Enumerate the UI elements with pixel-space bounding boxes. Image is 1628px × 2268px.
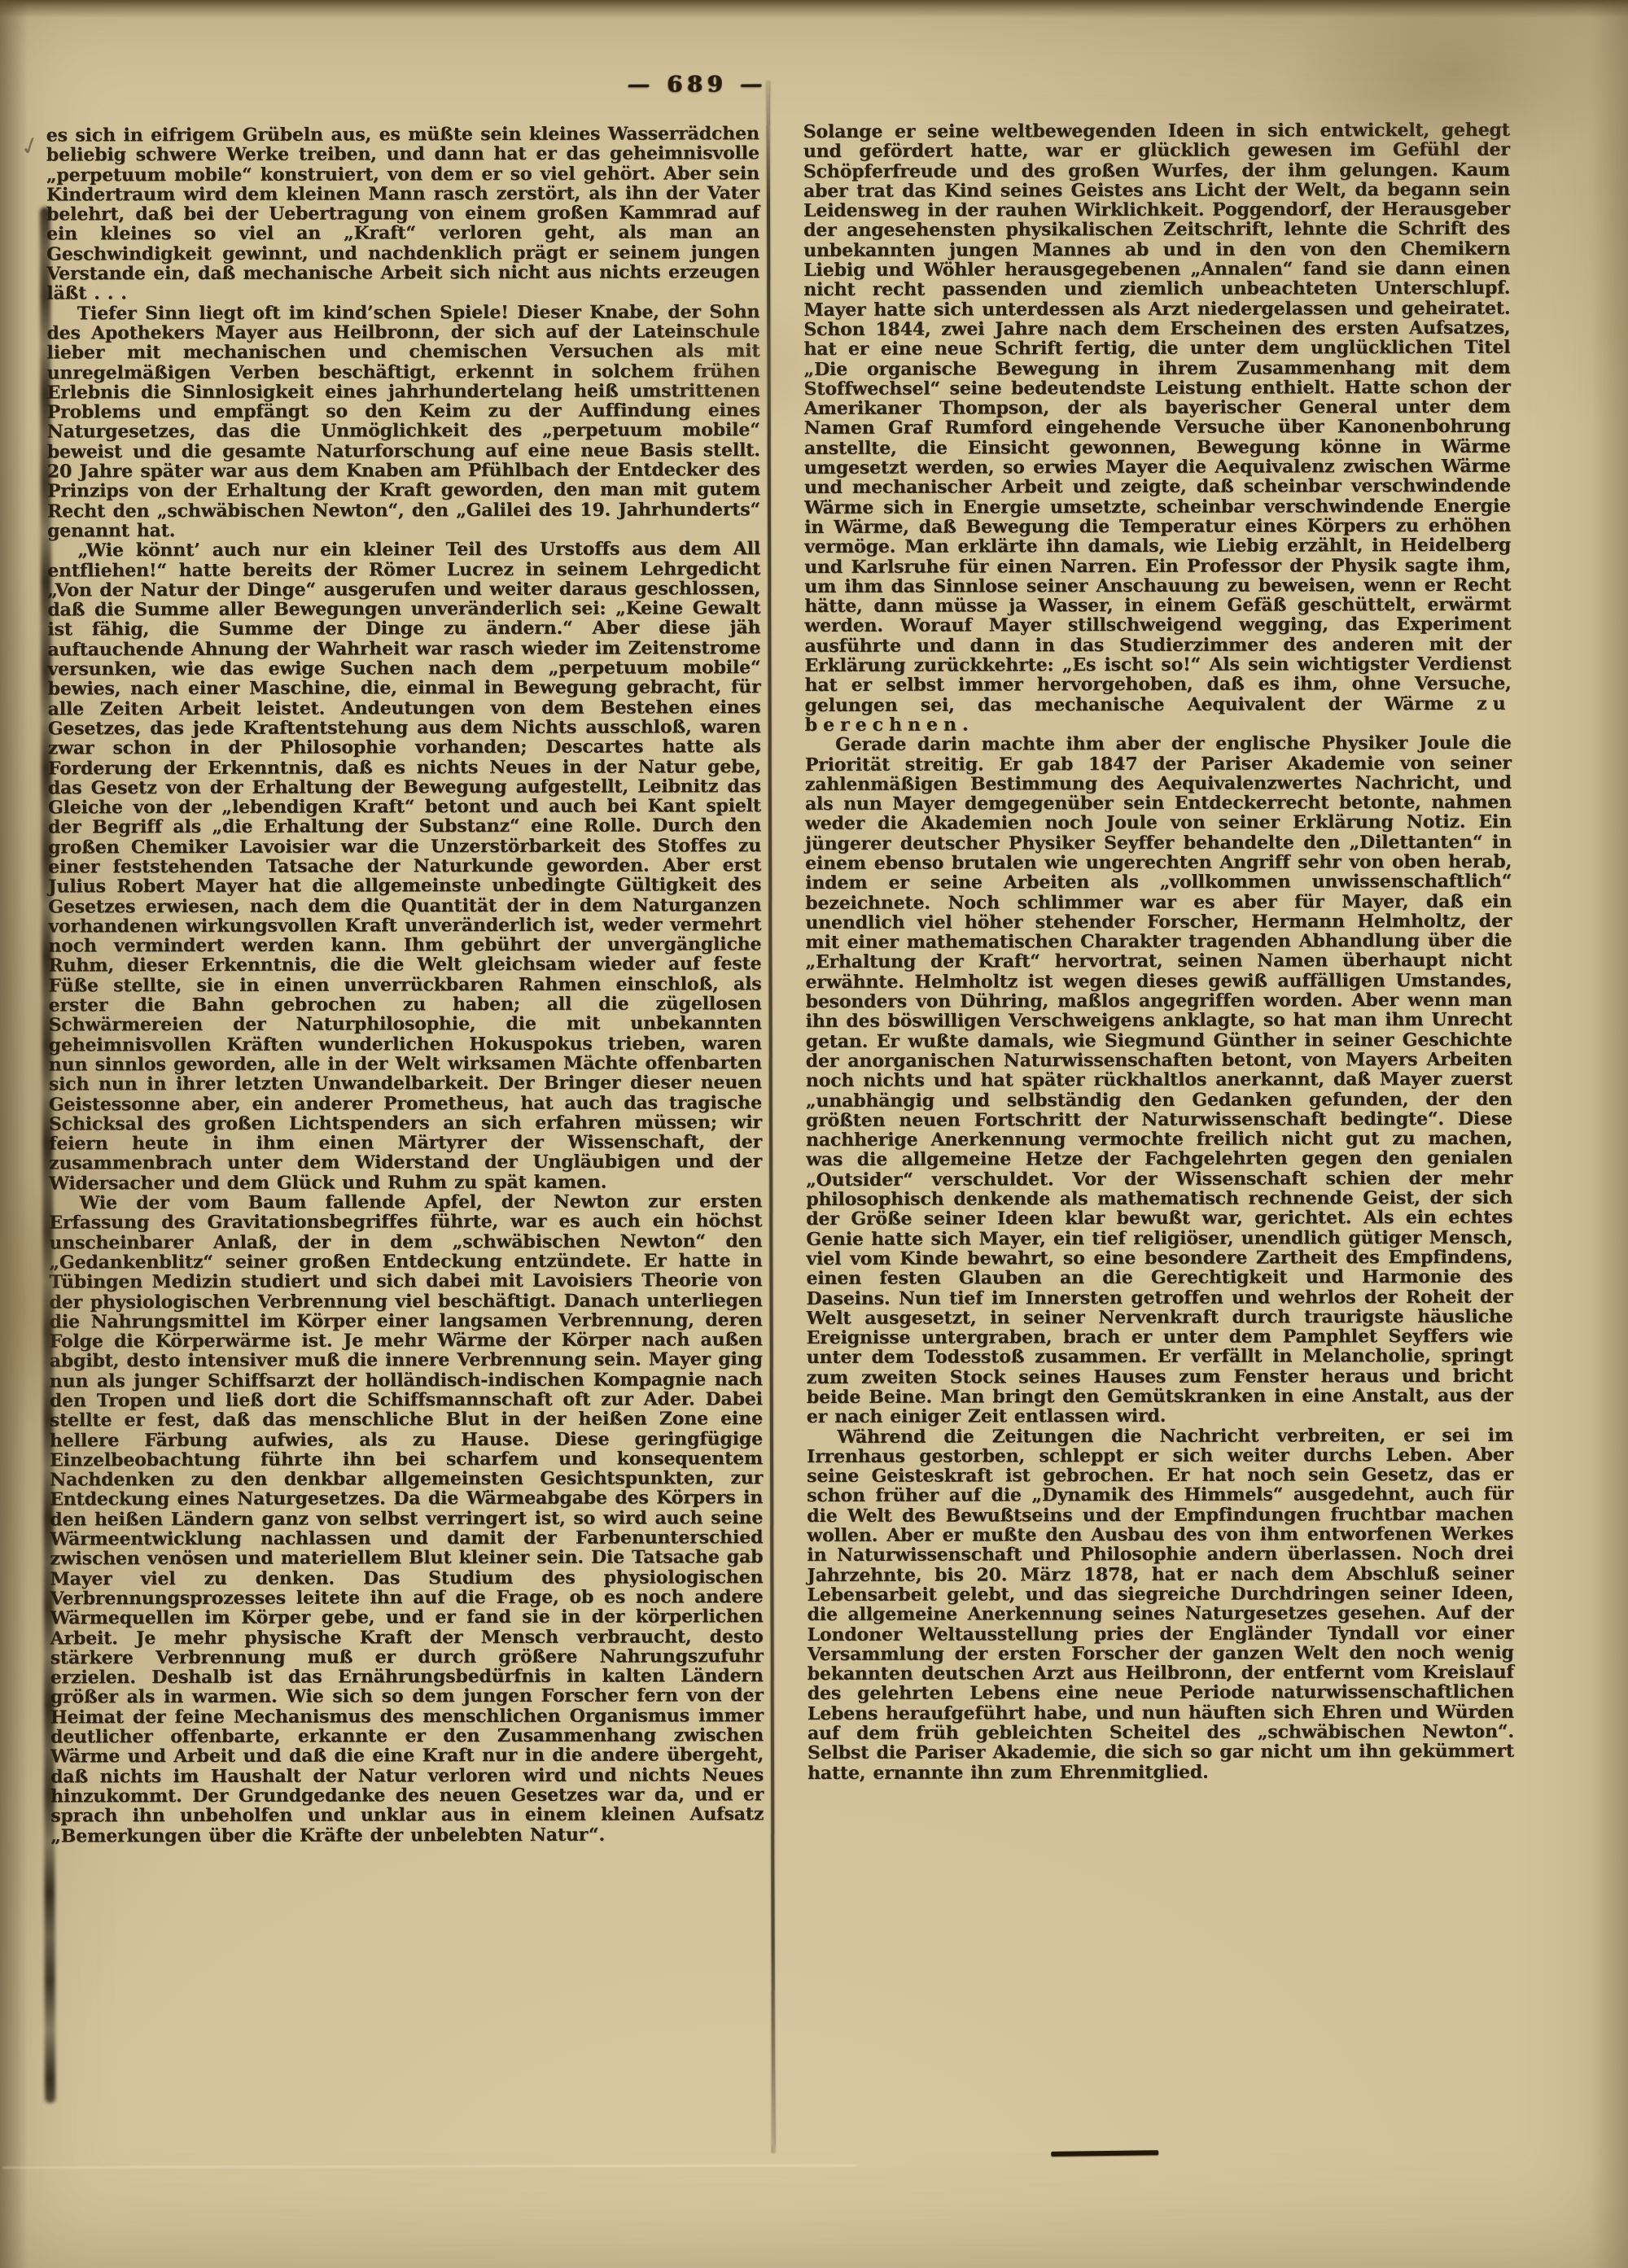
page-number: — 689 —	[567, 72, 828, 98]
paragraph: Wie der vom Baum fallende Apfel, der New…	[49, 1191, 764, 1846]
paragraph: Während die Zeitungen die Nachricht verb…	[807, 1425, 1514, 1783]
paragraph: Tiefer Sinn liegt oft im kind’schen Spie…	[46, 302, 760, 541]
right-column: Solange er seine weltbewegenden Ideen in…	[803, 120, 1514, 1783]
pencil-mark: ✓	[16, 129, 45, 163]
paragraph: Solange er seine weltbewegenden Ideen in…	[803, 120, 1512, 735]
paragraph: Gerade darin machte ihm aber der englisc…	[805, 733, 1513, 1427]
scanned-page: { "page": { "header": { "display": "— 68…	[0, 0, 1628, 2268]
article-end-rule	[1051, 2150, 1158, 2157]
paragraph: „Wie könnt’ auch nur ein kleiner Teil de…	[47, 539, 762, 1193]
left-column: es sich in eifrigem Grübeln aus, es müßt…	[46, 124, 764, 1846]
paragraph-continuation: es sich in eifrigem Grübeln aus, es müßt…	[46, 124, 760, 304]
column-divider-rule	[767, 81, 776, 2152]
paper-crease	[2, 2165, 857, 2169]
paragraph-text: Solange er seine weltbewegenden Ideen in…	[803, 120, 1512, 716]
page-content: — 689 — ✓ es sich in eifrigem Grübeln au…	[0, 0, 1628, 2268]
